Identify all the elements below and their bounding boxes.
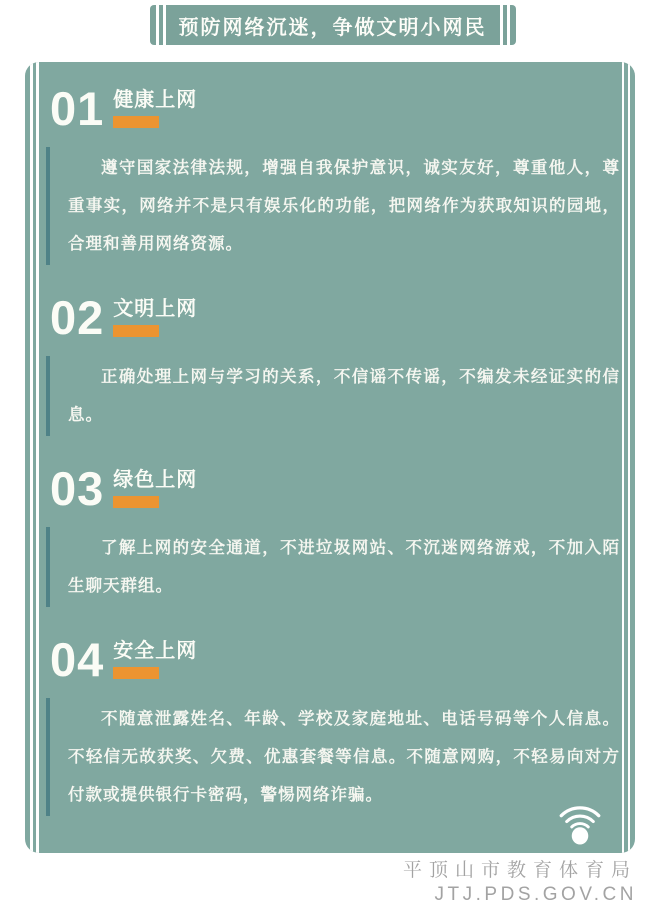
section-body-4: 不随意泄露姓名、年龄、学校及家庭地址、电话号码等个人信息。不轻信无故获奖、欠费、…	[46, 698, 620, 816]
section-heading-1: 01 健康上网	[50, 86, 635, 132]
section-title-wrap: 绿色上网	[113, 469, 197, 508]
section-number: 04	[50, 637, 104, 683]
page-title: 预防网络沉迷，争做文明小网民	[179, 11, 487, 40]
section-heading-4: 04 安全上网	[50, 637, 635, 683]
section-body-3: 了解上网的安全通道，不进垃圾网站、不沉迷网络游戏，不加入陌生聊天群组。	[46, 527, 620, 607]
decorative-line	[507, 5, 510, 45]
decorative-line	[156, 5, 159, 45]
decorative-line	[628, 62, 631, 853]
section-number: 01	[50, 86, 104, 132]
section-body-1: 遵守国家法律法规，增强自我保护意识，诚实友好，尊重他人，尊重事实，网络并不是只有…	[46, 147, 620, 265]
section-heading-2: 02 文明上网	[50, 295, 635, 341]
wifi-icon	[551, 795, 609, 845]
decorative-line	[30, 62, 33, 853]
title-underline-bar	[113, 667, 159, 679]
decorative-line	[36, 62, 39, 853]
title-underline-bar	[113, 496, 159, 508]
section-title-wrap: 文明上网	[113, 298, 197, 337]
footer: 平顶山市教育体育局 JTJ.PDS.GOV.CN	[0, 859, 637, 907]
section-number: 03	[50, 466, 104, 512]
section-title-wrap: 健康上网	[113, 89, 197, 128]
section-heading-3: 03 绿色上网	[50, 466, 635, 512]
section-body-2: 正确处理上网与学习的关系，不信谣不传谣，不编发未经证实的信息。	[46, 356, 620, 436]
section-title: 绿色上网	[113, 469, 197, 491]
title-underline-bar	[113, 325, 159, 337]
decorative-line	[163, 5, 166, 45]
footer-org-name: 平顶山市教育体育局	[0, 859, 637, 883]
decorative-line	[622, 62, 625, 853]
section-number: 02	[50, 295, 104, 341]
section-title: 安全上网	[113, 640, 197, 662]
section-title: 文明上网	[113, 298, 197, 320]
section-title-wrap: 安全上网	[113, 640, 197, 679]
section-title: 健康上网	[113, 89, 197, 111]
header-banner: 预防网络沉迷，争做文明小网民	[150, 5, 516, 45]
footer-url: JTJ.PDS.GOV.CN	[0, 883, 637, 907]
title-underline-bar	[113, 116, 159, 128]
decorative-line	[500, 5, 503, 45]
content-card: 01 健康上网 遵守国家法律法规，增强自我保护意识，诚实友好，尊重他人，尊重事实…	[25, 62, 635, 853]
